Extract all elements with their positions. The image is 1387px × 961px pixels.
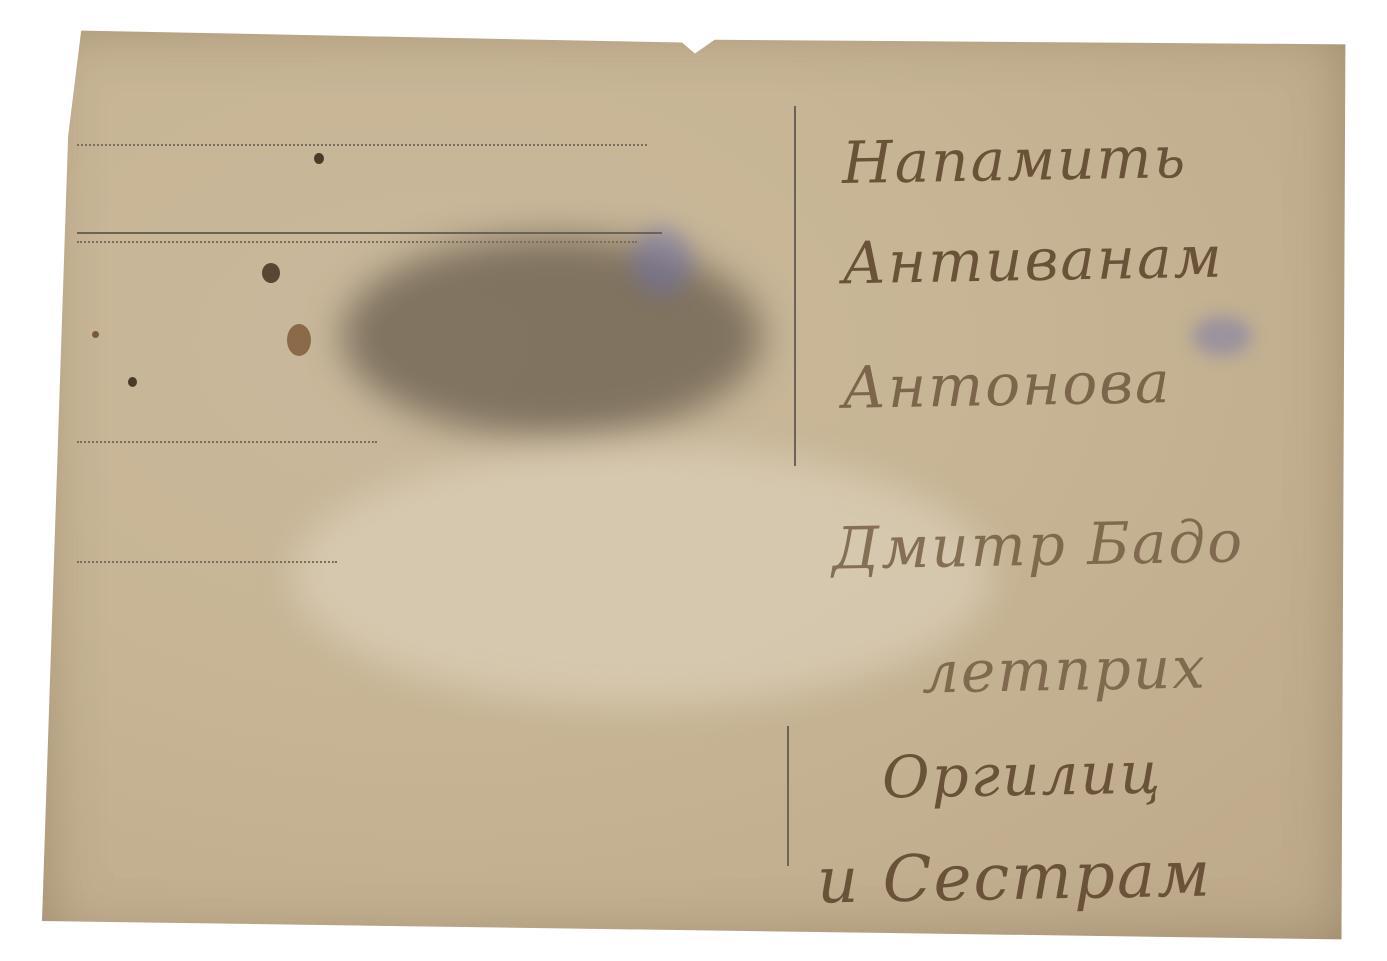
address-line-dotted xyxy=(77,144,647,146)
spot xyxy=(314,153,324,164)
handwriting-line: Оргилиц xyxy=(881,739,1162,812)
blue-ink-stain xyxy=(632,226,692,296)
divider-line-vertical-lower xyxy=(787,726,789,866)
handwriting-line: и Сестрам xyxy=(816,838,1212,919)
handwriting-line: Дмитр Бадо xyxy=(831,507,1244,582)
spot xyxy=(92,331,99,338)
divider-line-horizontal xyxy=(77,232,662,234)
handwriting-line: Антонова xyxy=(841,348,1172,422)
address-line-dotted xyxy=(77,441,377,443)
address-line-dotted xyxy=(77,241,637,243)
handwriting-line: летприх xyxy=(921,634,1207,707)
dark-water-stain xyxy=(342,236,762,436)
postcard: Напамить Антиванам Антонова Дмитр Бадо л… xyxy=(42,26,1348,944)
address-line-dotted xyxy=(77,561,337,563)
handwriting-line: Антиванам xyxy=(841,223,1224,298)
divider-line-vertical xyxy=(794,106,796,466)
spot xyxy=(287,324,311,356)
spot xyxy=(262,263,280,283)
blue-ink-stain-2 xyxy=(1192,316,1252,356)
handwriting-line: Напамить xyxy=(841,123,1187,197)
spot xyxy=(128,377,137,387)
